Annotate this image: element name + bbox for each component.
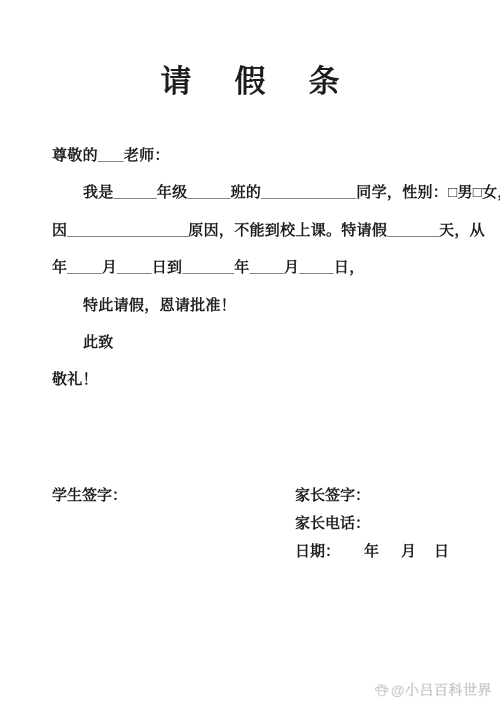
date-day-unit: 日 bbox=[434, 543, 449, 560]
body-line-student-info: 我是_____年级_____班的___________同学，性别：□男□女， bbox=[52, 174, 464, 211]
date-row: 日期：年月日 bbox=[295, 538, 449, 566]
body-line-reason: 因______________原因，不能到校上课。特请假______天，从 bbox=[52, 212, 464, 249]
paw-icon bbox=[374, 683, 389, 698]
salutation: 尊敬的___老师： bbox=[52, 137, 464, 174]
parent-signature-label: 家长签字： bbox=[295, 482, 449, 510]
body-line-jingli: 敬礼！ bbox=[52, 361, 464, 398]
leave-note-document: 请 假 条 尊敬的___老师： 我是_____年级_____班的________… bbox=[0, 0, 500, 707]
body-line-cizhi: 此致 bbox=[52, 324, 464, 361]
body-line-request-approval: 特此请假，恩请批准！ bbox=[52, 287, 464, 324]
signature-right-column: 家长签字： 家长电话： 日期：年月日 bbox=[295, 482, 449, 566]
document-title: 请 假 条 bbox=[0, 56, 500, 101]
date-year-unit: 年 bbox=[364, 543, 379, 560]
body-line-dates: 年____月____日到______年____月____日， bbox=[52, 249, 464, 286]
watermark: @小吕百科世界 bbox=[374, 680, 492, 700]
watermark-text: @小吕百科世界 bbox=[391, 680, 492, 700]
date-label: 日期： bbox=[295, 543, 340, 560]
date-month-unit: 月 bbox=[401, 543, 416, 560]
document-body: 尊敬的___老师： 我是_____年级_____班的___________同学，… bbox=[52, 137, 464, 399]
parent-phone-label: 家长电话： bbox=[295, 510, 449, 538]
student-signature-label: 学生签字： bbox=[52, 482, 127, 510]
